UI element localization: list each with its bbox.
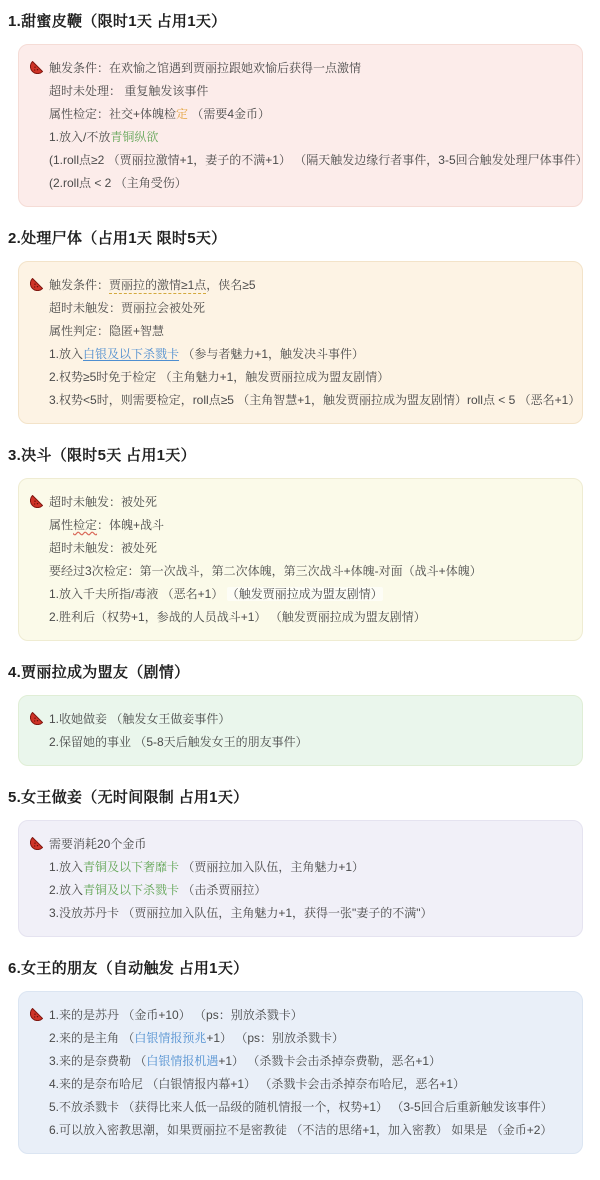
event-lines: 需要消耗20个金币1.放入青铜及以下奢靡卡 （贾丽拉加入队伍，主角魅力+1）2.… [49,833,576,925]
text-segment: 属性检定：社交+体魄检 [49,107,176,121]
text-segment: 2.胜利后（权势+1，参战的人员战斗+1） （触发贾丽拉成为盟友剧情） [49,610,426,624]
text-segment: 2.来的是主角 （ [49,1031,134,1045]
section-heading: 5.女王做妾（无时间限制 占用1天） [8,788,592,807]
section-heading: 2.处理尸体（占用1天 限时5天） [8,229,592,248]
text-segment: (1.roll点≥2 （贾丽拉激情+1，妻子的不满+1） （隔天触发边缘行者事件… [49,153,588,167]
event-box: 1.收她做妾 （触发女王做妾事件）2.保留她的事业 （5-8天后触发女王的朋友事… [18,695,583,766]
section-heading: 1.甜蜜皮鞭（限时1天 占用1天） [8,12,592,31]
text-segment-wavy: 检定 [73,518,97,532]
watermelon-icon [30,59,45,74]
text-segment-green: 青铜纵欲 [110,130,158,144]
text-segment: 1.放入千夫所指/毒液 （恶名+1） [49,587,227,601]
event-line: 2.放入青铜及以下杀戮卡 （击杀贾丽拉） [49,879,576,902]
event-line: 1.放入白银及以下杀戮卡 （参与者魅力+1，触发决斗事件） [49,343,576,366]
event-line: 5.不放杀戮卡 （获得比来人低一品级的随机情报一个，权势+1） （3-5回合后重… [49,1096,576,1119]
section-heading: 3.决斗（限时5天 占用1天） [8,446,592,465]
event-line: 属性判定：隐匿+智慧 [49,320,576,343]
text-segment: 触发条件：在欢愉之馆遇到贾丽拉跟她欢愉后获得一点激情 [49,61,361,75]
event-box: 超时未触发：被处死属性检定：体魄+战斗超时未触发：被处死要经过3次检定：第一次战… [18,478,583,641]
event-line: 1.放入青铜及以下奢靡卡 （贾丽拉加入队伍，主角魅力+1） [49,856,576,879]
event-line: 属性检定：体魄+战斗 [49,514,576,537]
event-line: 3.权势<5时，则需要检定，roll点≥5 （主角智慧+1，触发贾丽拉成为盟友剧… [49,389,576,412]
event-line: 2.保留她的事业 （5-8天后触发女王的朋友事件） [49,731,576,754]
text-segment: 5.不放杀戮卡 （获得比来人低一品级的随机情报一个，权势+1） （3-5回合后重… [49,1100,553,1114]
event-line: (2.roll点 < 2 （主角受伤） [49,172,576,195]
event-line: 3.没放苏丹卡 （贾丽拉加入队伍，主角魅力+1，获得一张"妻子的不满"） [49,902,576,925]
text-segment: 3.来的是奈费勒 （ [49,1054,146,1068]
event-line: 要经过3次检定：第一次战斗，第二次体魄，第三次战斗+体魄-对面（战斗+体魄） [49,560,576,583]
event-line: 需要消耗20个金币 [49,833,576,856]
text-segment: 1.放入 [49,860,83,874]
watermelon-icon [30,276,45,291]
page: 1.甜蜜皮鞭（限时1天 占用1天） 触发条件：在欢愉之馆遇到贾丽拉跟她欢愉后获得… [0,0,600,1180]
watermelon-icon [30,710,45,725]
text-segment-green: 青铜及以下杀戮卡 [83,883,179,897]
text-segment: 2.保留她的事业 （5-8天后触发女王的朋友事件） [49,735,308,749]
text-segment-hl: （触发贾丽拉成为盟友剧情） [227,587,383,601]
text-segment: （参与者魅力+1，触发决斗事件） [179,347,364,361]
text-segment: 6.可以放入密教思潮，如果贾丽拉不是密教徒 （不洁的思绪+1，加入密教） 如果是… [49,1123,552,1137]
event-line: 触发条件：在欢愉之馆遇到贾丽拉跟她欢愉后获得一点激情 [49,57,576,80]
text-segment: 3.没放苏丹卡 （贾丽拉加入队伍，主角魅力+1，获得一张"妻子的不满"） [49,906,433,920]
event-line: 超时未触发：被处死 [49,491,576,514]
event-section-6: 6.女王的朋友（自动触发 占用1天） 1.来的是苏丹 （金币+10） （ps：别… [0,959,600,1154]
event-line: 超时未触发：贾丽拉会被处死 [49,297,576,320]
event-lines: 触发条件：在欢愉之馆遇到贾丽拉跟她欢愉后获得一点激情超时未处理： 重复触发该事件… [49,57,576,195]
event-line: 3.来的是奈费勒 （白银情报机遇+1） （杀戮卡会击杀掉奈费勒，恶名+1） [49,1050,576,1073]
event-lines: 触发条件：贾丽拉的激情≥1点，侠名≥5超时未触发：贾丽拉会被处死属性判定：隐匿+… [49,274,576,412]
event-box: 触发条件：贾丽拉的激情≥1点，侠名≥5超时未触发：贾丽拉会被处死属性判定：隐匿+… [18,261,583,424]
event-line: 超时未触发：被处死 [49,537,576,560]
text-segment-dashed: 贾丽拉的激情≥1点 [109,278,206,294]
text-segment-blue: 白银及以下杀戮卡 [83,347,179,361]
text-segment: 要经过3次检定：第一次战斗，第二次体魄，第三次战斗+体魄-对面（战斗+体魄） [49,564,482,578]
text-segment: +1） （ps：别放杀戮卡） [206,1031,344,1045]
text-segment: （击杀贾丽拉） [179,883,266,897]
event-line: 2.权势≥5时免于检定 （主角魅力+1，触发贾丽拉成为盟友剧情） [49,366,576,389]
text-segment: 属性 [49,518,73,532]
watermelon-icon [30,835,45,850]
section-heading: 6.女王的朋友（自动触发 占用1天） [8,959,592,978]
text-segment: 1.来的是苏丹 （金币+10） （ps：别放杀戮卡） [49,1008,303,1022]
event-section-2: 2.处理尸体（占用1天 限时5天） 触发条件：贾丽拉的激情≥1点，侠名≥5超时未… [0,229,600,424]
text-segment: （需要4金币） [188,107,270,121]
event-lines: 超时未触发：被处死属性检定：体魄+战斗超时未触发：被处死要经过3次检定：第一次战… [49,491,576,629]
text-segment: 超时未触发：被处死 [49,541,157,555]
text-segment: 超时未触发：被处死 [49,495,157,509]
text-segment: 超时未触发：贾丽拉会被处死 [49,301,205,315]
event-line: 2.来的是主角 （白银情报预兆+1） （ps：别放杀戮卡） [49,1027,576,1050]
text-segment-orange: 定 [176,107,188,121]
event-line: 6.可以放入密教思潮，如果贾丽拉不是密教徒 （不洁的思绪+1，加入密教） 如果是… [49,1119,576,1142]
text-segment: ：体魄+战斗 [97,518,164,532]
event-line: 触发条件：贾丽拉的激情≥1点，侠名≥5 [49,274,576,297]
text-segment: 1.收她做妾 （触发女王做妾事件） [49,712,230,726]
event-section-4: 4.贾丽拉成为盟友（剧情） 1.收她做妾 （触发女王做妾事件）2.保留她的事业 … [0,663,600,766]
text-segment: 2.放入 [49,883,83,897]
event-section-3: 3.决斗（限时5天 占用1天） 超时未触发：被处死属性检定：体魄+战斗超时未触发… [0,446,600,641]
event-lines: 1.收她做妾 （触发女王做妾事件）2.保留她的事业 （5-8天后触发女王的朋友事… [49,708,576,754]
text-segment: 触发条件： [49,278,109,292]
text-segment-green: 青铜及以下奢靡卡 [83,860,179,874]
watermelon-icon [30,493,45,508]
event-line: 超时未处理： 重复触发该事件 [49,80,576,103]
watermelon-icon [30,1006,45,1021]
event-lines: 1.来的是苏丹 （金币+10） （ps：别放杀戮卡）2.来的是主角 （白银情报预… [49,1004,576,1142]
text-segment: 4.来的是奈布哈尼 （白银情报内幕+1） （杀戮卡会击杀掉奈布哈尼，恶名+1） [49,1077,465,1091]
section-heading: 4.贾丽拉成为盟友（剧情） [8,663,592,682]
text-segment-blue-plain: 白银情报预兆 [134,1031,206,1045]
event-line: 2.胜利后（权势+1，参战的人员战斗+1） （触发贾丽拉成为盟友剧情） [49,606,576,629]
text-segment: ，侠名≥5 [206,278,255,292]
text-segment: 1.放入 [49,347,83,361]
text-segment-blue-plain: 白银情报机遇 [146,1054,218,1068]
text-segment: （贾丽拉加入队伍，主角魅力+1） [179,860,364,874]
text-segment: +1） （杀戮卡会击杀掉奈费勒，恶名+1） [218,1054,441,1068]
event-section-5: 5.女王做妾（无时间限制 占用1天） 需要消耗20个金币1.放入青铜及以下奢靡卡… [0,788,600,937]
event-line: 属性检定：社交+体魄检定 （需要4金币） [49,103,576,126]
text-segment: 3.权势<5时，则需要检定，roll点≥5 （主角智慧+1，触发贾丽拉成为盟友剧… [49,393,580,407]
text-segment: 1.放入/不放 [49,130,110,144]
event-box: 需要消耗20个金币1.放入青铜及以下奢靡卡 （贾丽拉加入队伍，主角魅力+1）2.… [18,820,583,937]
event-box: 触发条件：在欢愉之馆遇到贾丽拉跟她欢愉后获得一点激情超时未处理： 重复触发该事件… [18,44,583,207]
text-segment: 超时未处理： 重复触发该事件 [49,84,208,98]
event-line: 1.放入千夫所指/毒液 （恶名+1） （触发贾丽拉成为盟友剧情） [49,583,576,606]
event-section-1: 1.甜蜜皮鞭（限时1天 占用1天） 触发条件：在欢愉之馆遇到贾丽拉跟她欢愉后获得… [0,12,600,207]
text-segment: 属性判定：隐匿+智慧 [49,324,164,338]
text-segment: 需要消耗20个金币 [49,837,146,851]
text-segment: 2.权势≥5时免于检定 （主角魅力+1，触发贾丽拉成为盟友剧情） [49,370,389,384]
text-segment: (2.roll点 < 2 （主角受伤） [49,176,187,190]
event-line: 1.收她做妾 （触发女王做妾事件） [49,708,576,731]
event-line: 1.放入/不放青铜纵欲 [49,126,576,149]
event-line: (1.roll点≥2 （贾丽拉激情+1，妻子的不满+1） （隔天触发边缘行者事件… [49,149,576,172]
event-line: 4.来的是奈布哈尼 （白银情报内幕+1） （杀戮卡会击杀掉奈布哈尼，恶名+1） [49,1073,576,1096]
event-box: 1.来的是苏丹 （金币+10） （ps：别放杀戮卡）2.来的是主角 （白银情报预… [18,991,583,1154]
event-line: 1.来的是苏丹 （金币+10） （ps：别放杀戮卡） [49,1004,576,1027]
